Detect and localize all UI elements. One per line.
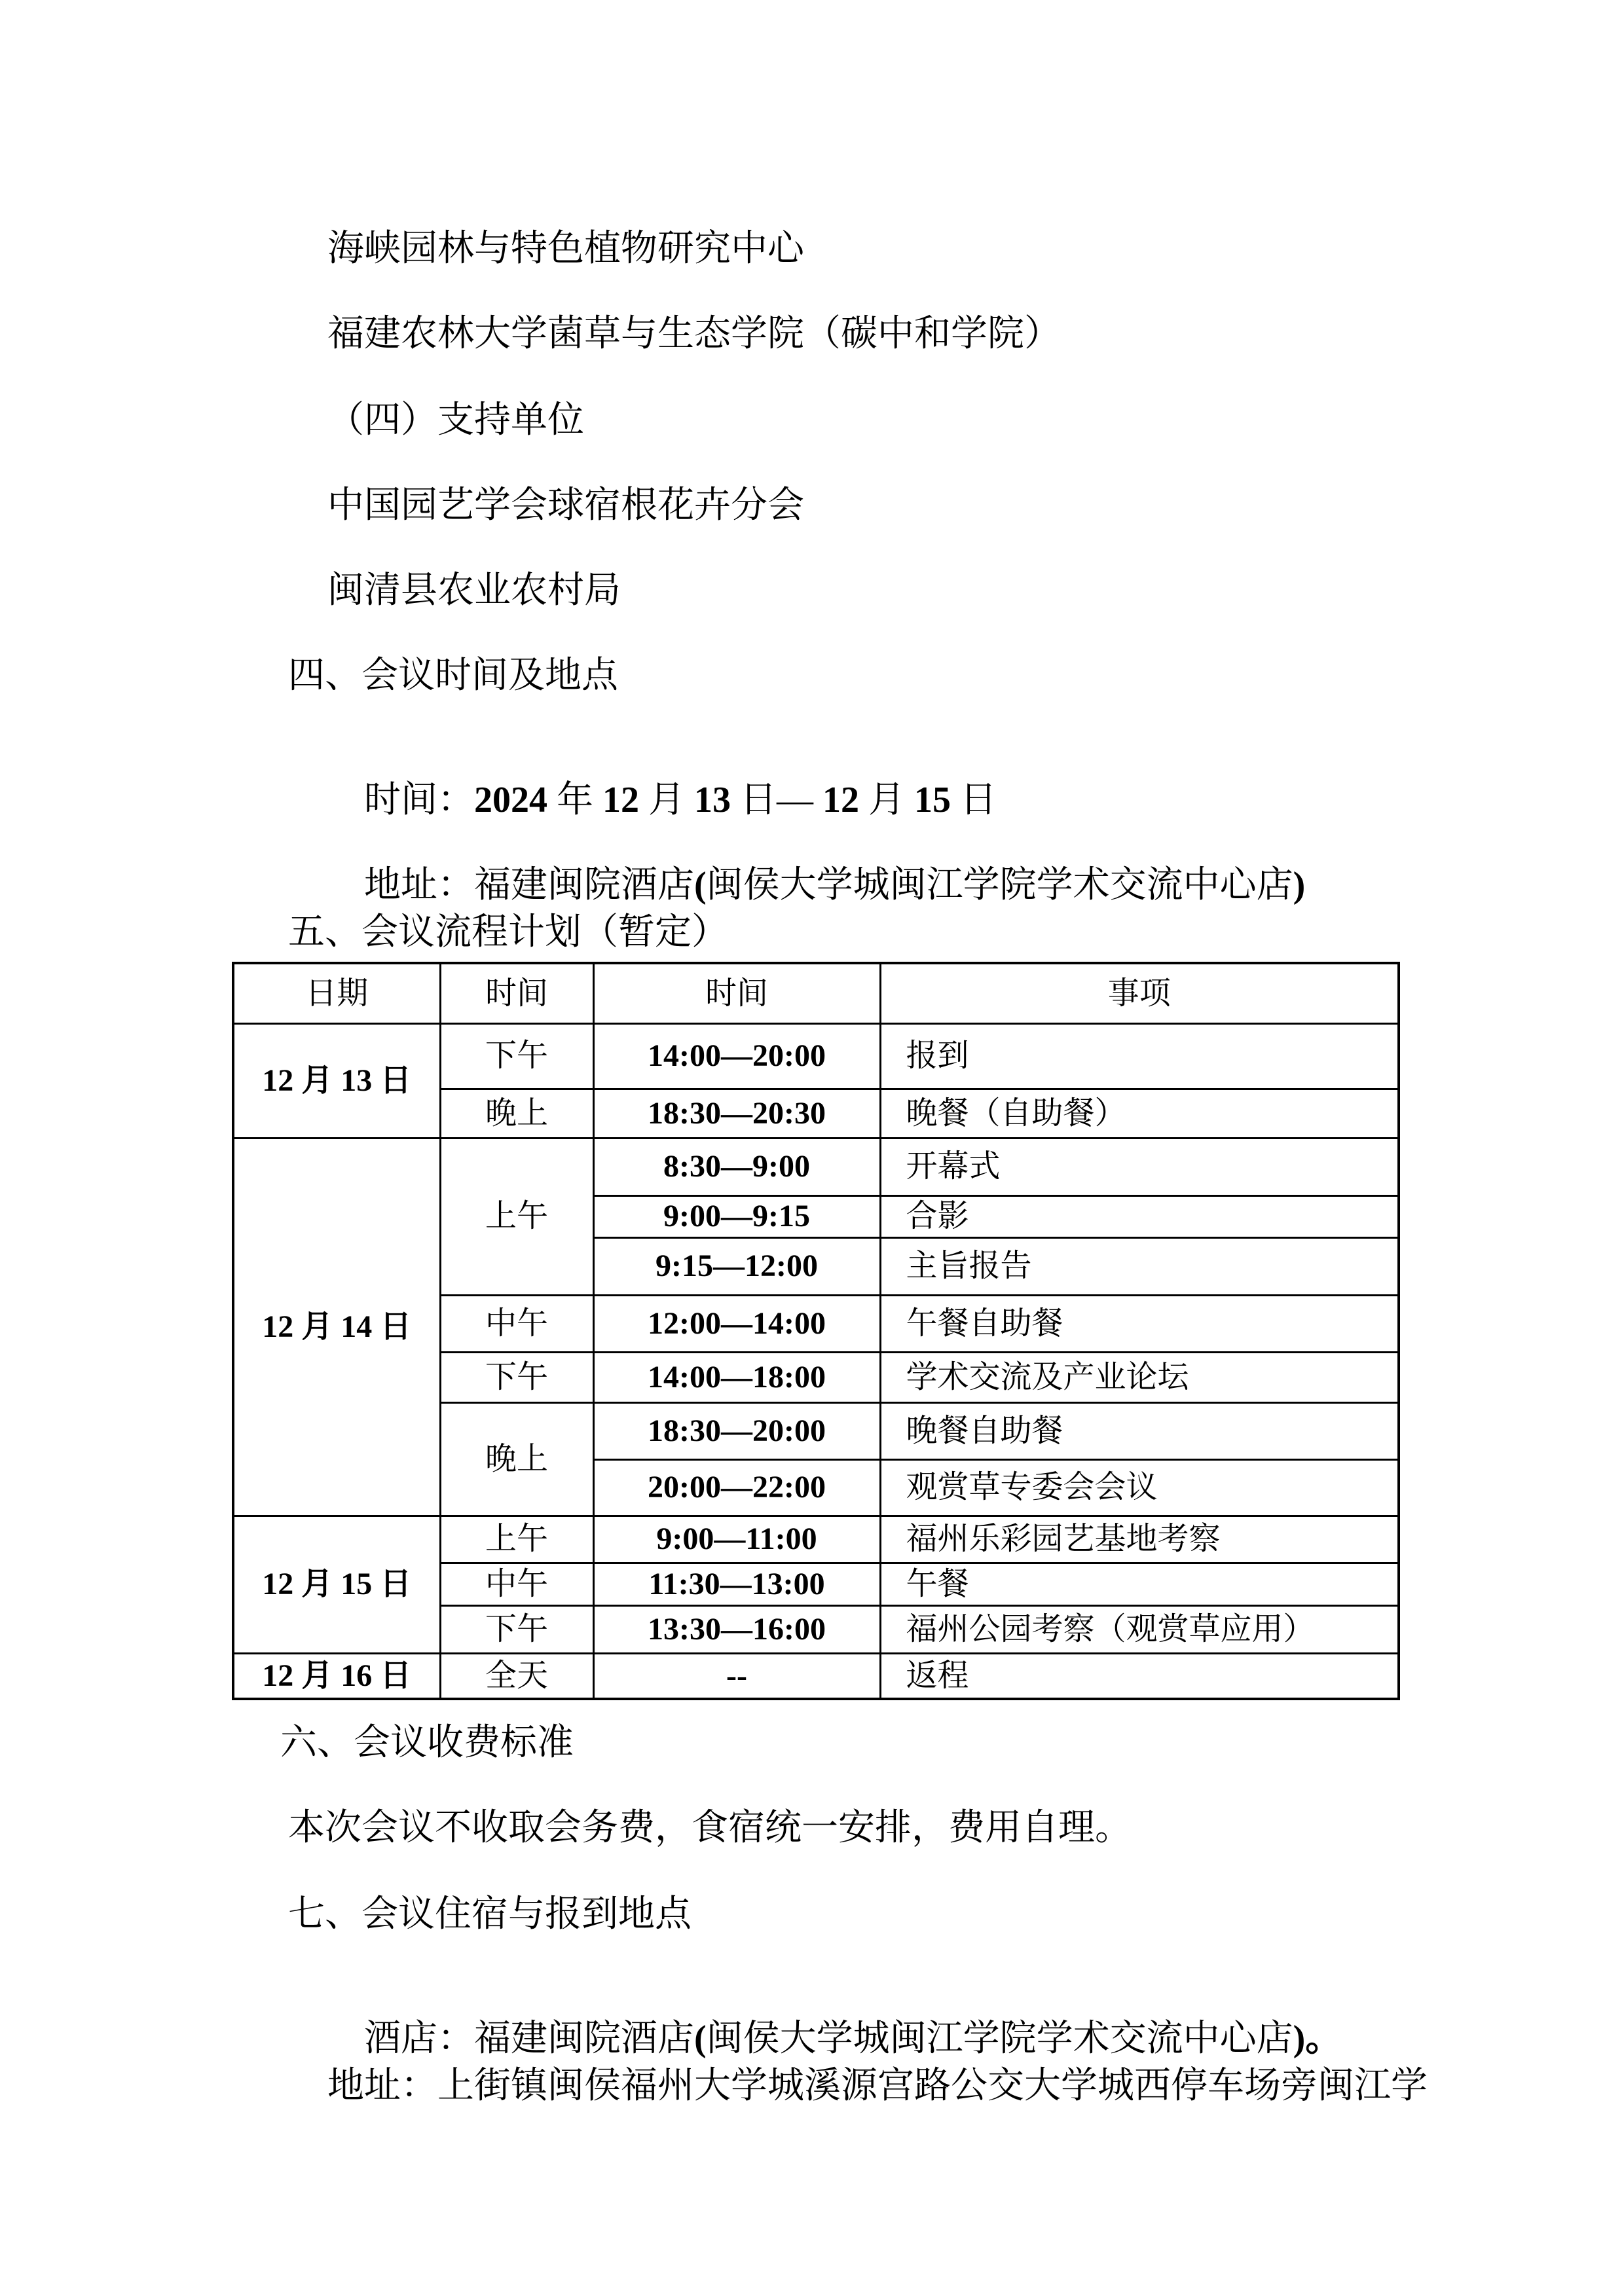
hotel-address-line: 地址：上街镇闽侯福州大学城溪源宫路公交大学城西停车场旁闽江学 xyxy=(327,2066,1428,2105)
cell-time: 11:30—13:00 xyxy=(593,1563,880,1605)
hotel-label: 酒店：福建闽院酒店 xyxy=(364,2018,694,2059)
hotel-paren-close: )。 xyxy=(1293,2018,1342,2059)
meeting-day2-unit: 日 xyxy=(951,780,997,820)
cell-event: 晚餐（自助餐） xyxy=(880,1089,1399,1138)
cell-date: 12 月 16 日 xyxy=(233,1653,440,1699)
meeting-year-value: 2024 xyxy=(474,780,547,820)
header-time: 时间 xyxy=(593,963,880,1023)
meeting-day1-unit: 日— xyxy=(731,780,822,820)
meeting-month1-unit: 月 xyxy=(639,780,694,820)
cell-time: -- xyxy=(593,1653,880,1699)
support-unit-2: 闽清县农业农村局 xyxy=(327,571,621,610)
section5-heading: 五、会议流程计划（暂定） xyxy=(288,913,728,952)
cell-period: 下午 xyxy=(440,1605,593,1653)
cell-time: 13:30—16:00 xyxy=(593,1605,880,1653)
section4-heading: 四、会议时间及地点 xyxy=(288,656,618,695)
cell-time: 14:00—20:00 xyxy=(593,1023,880,1089)
cell-date: 12 月 14 日 xyxy=(233,1138,440,1516)
cell-event: 合影 xyxy=(880,1195,1399,1237)
meeting-time-label: 时间： xyxy=(364,780,474,820)
cell-time: 9:00—11:00 xyxy=(593,1516,880,1563)
document-page: 海峡园林与特色植物研究中心 福建农林大学菌草与生态学院（碳中和学院） （四）支持… xyxy=(0,0,1624,2296)
cell-event: 福州乐彩园艺基地考察 xyxy=(880,1516,1399,1563)
section6-heading: 六、会议收费标准 xyxy=(280,1723,574,1762)
cell-period: 全天 xyxy=(440,1653,593,1699)
cell-period: 下午 xyxy=(440,1352,593,1402)
cell-event: 福州公园考察（观赏草应用） xyxy=(880,1605,1399,1653)
cell-event: 午餐 xyxy=(880,1563,1399,1605)
organizer-line-1: 海峡园林与特色植物研究中心 xyxy=(327,229,804,268)
section6-body: 本次会议不收取会务费，食宿统一安排，费用自理。 xyxy=(288,1808,1132,1848)
cell-date: 12 月 15 日 xyxy=(233,1516,440,1653)
cell-event: 返程 xyxy=(880,1653,1399,1699)
meeting-year-unit: 年 xyxy=(547,780,602,820)
cell-event: 午餐自助餐 xyxy=(880,1295,1399,1352)
cell-period: 中午 xyxy=(440,1295,593,1352)
cell-period: 中午 xyxy=(440,1563,593,1605)
cell-period: 晚上 xyxy=(440,1402,593,1516)
cell-time: 20:00—22:00 xyxy=(593,1459,880,1516)
cell-time: 18:30—20:30 xyxy=(593,1089,880,1138)
cell-event: 观赏草专委会会议 xyxy=(880,1459,1399,1516)
meeting-address-paren-close: ) xyxy=(1293,865,1306,905)
meeting-month2-value: 12 xyxy=(822,780,859,820)
cell-time: 14:00—18:00 xyxy=(593,1352,880,1402)
cell-time: 8:30—9:00 xyxy=(593,1138,880,1195)
cell-time: 9:15—12:00 xyxy=(593,1237,880,1295)
cell-event: 学术交流及产业论坛 xyxy=(880,1352,1399,1402)
section7-heading: 七、会议住宿与报到地点 xyxy=(288,1895,692,1934)
cell-time: 18:30—20:00 xyxy=(593,1402,880,1459)
hotel-detail: 闽侯大学城闽江学院学术交流中心店 xyxy=(707,2018,1293,2059)
header-date: 日期 xyxy=(233,963,440,1023)
meeting-day2-value: 15 xyxy=(914,780,951,820)
meeting-month2-unit: 月 xyxy=(859,780,914,820)
meeting-address-label: 地址：福建闽院酒店 xyxy=(364,865,694,905)
meeting-day1-value: 13 xyxy=(694,780,731,820)
cell-event: 主旨报告 xyxy=(880,1237,1399,1295)
header-period: 时间 xyxy=(440,963,593,1023)
cell-period: 上午 xyxy=(440,1138,593,1295)
cell-date: 12 月 13 日 xyxy=(233,1023,440,1138)
schedule-header-row: 日期 时间 时间 事项 xyxy=(233,963,1399,1023)
schedule-table: 日期 时间 时间 事项 12 月 13 日 下午 14:00—20:00 报到 … xyxy=(232,962,1400,1700)
meeting-address-paren-open: ( xyxy=(694,865,707,905)
table-row: 12 月 13 日 下午 14:00—20:00 报到 xyxy=(233,1023,1399,1089)
cell-period: 上午 xyxy=(440,1516,593,1563)
meeting-month1-value: 12 xyxy=(602,780,639,820)
table-row: 12 月 14 日 上午 8:30—9:00 开幕式 xyxy=(233,1138,1399,1195)
support-units-heading: （四）支持单位 xyxy=(327,401,584,440)
table-row: 12 月 16 日 全天 -- 返程 xyxy=(233,1653,1399,1699)
meeting-address-detail: 闽侯大学城闽江学院学术交流中心店 xyxy=(707,865,1293,905)
cell-time: 12:00—14:00 xyxy=(593,1295,880,1352)
cell-event: 晚餐自助餐 xyxy=(880,1402,1399,1459)
header-event: 事项 xyxy=(880,963,1399,1023)
hotel-paren-open: ( xyxy=(694,2018,707,2059)
table-row: 12 月 15 日 上午 9:00—11:00 福州乐彩园艺基地考察 xyxy=(233,1516,1399,1563)
support-unit-1: 中国园艺学会球宿根花卉分会 xyxy=(327,486,804,525)
cell-period: 下午 xyxy=(440,1023,593,1089)
cell-time: 9:00—9:15 xyxy=(593,1195,880,1237)
cell-event: 报到 xyxy=(880,1023,1399,1089)
organizer-line-2: 福建农林大学菌草与生态学院（碳中和学院） xyxy=(327,314,1061,354)
cell-period: 晚上 xyxy=(440,1089,593,1138)
cell-event: 开幕式 xyxy=(880,1138,1399,1195)
